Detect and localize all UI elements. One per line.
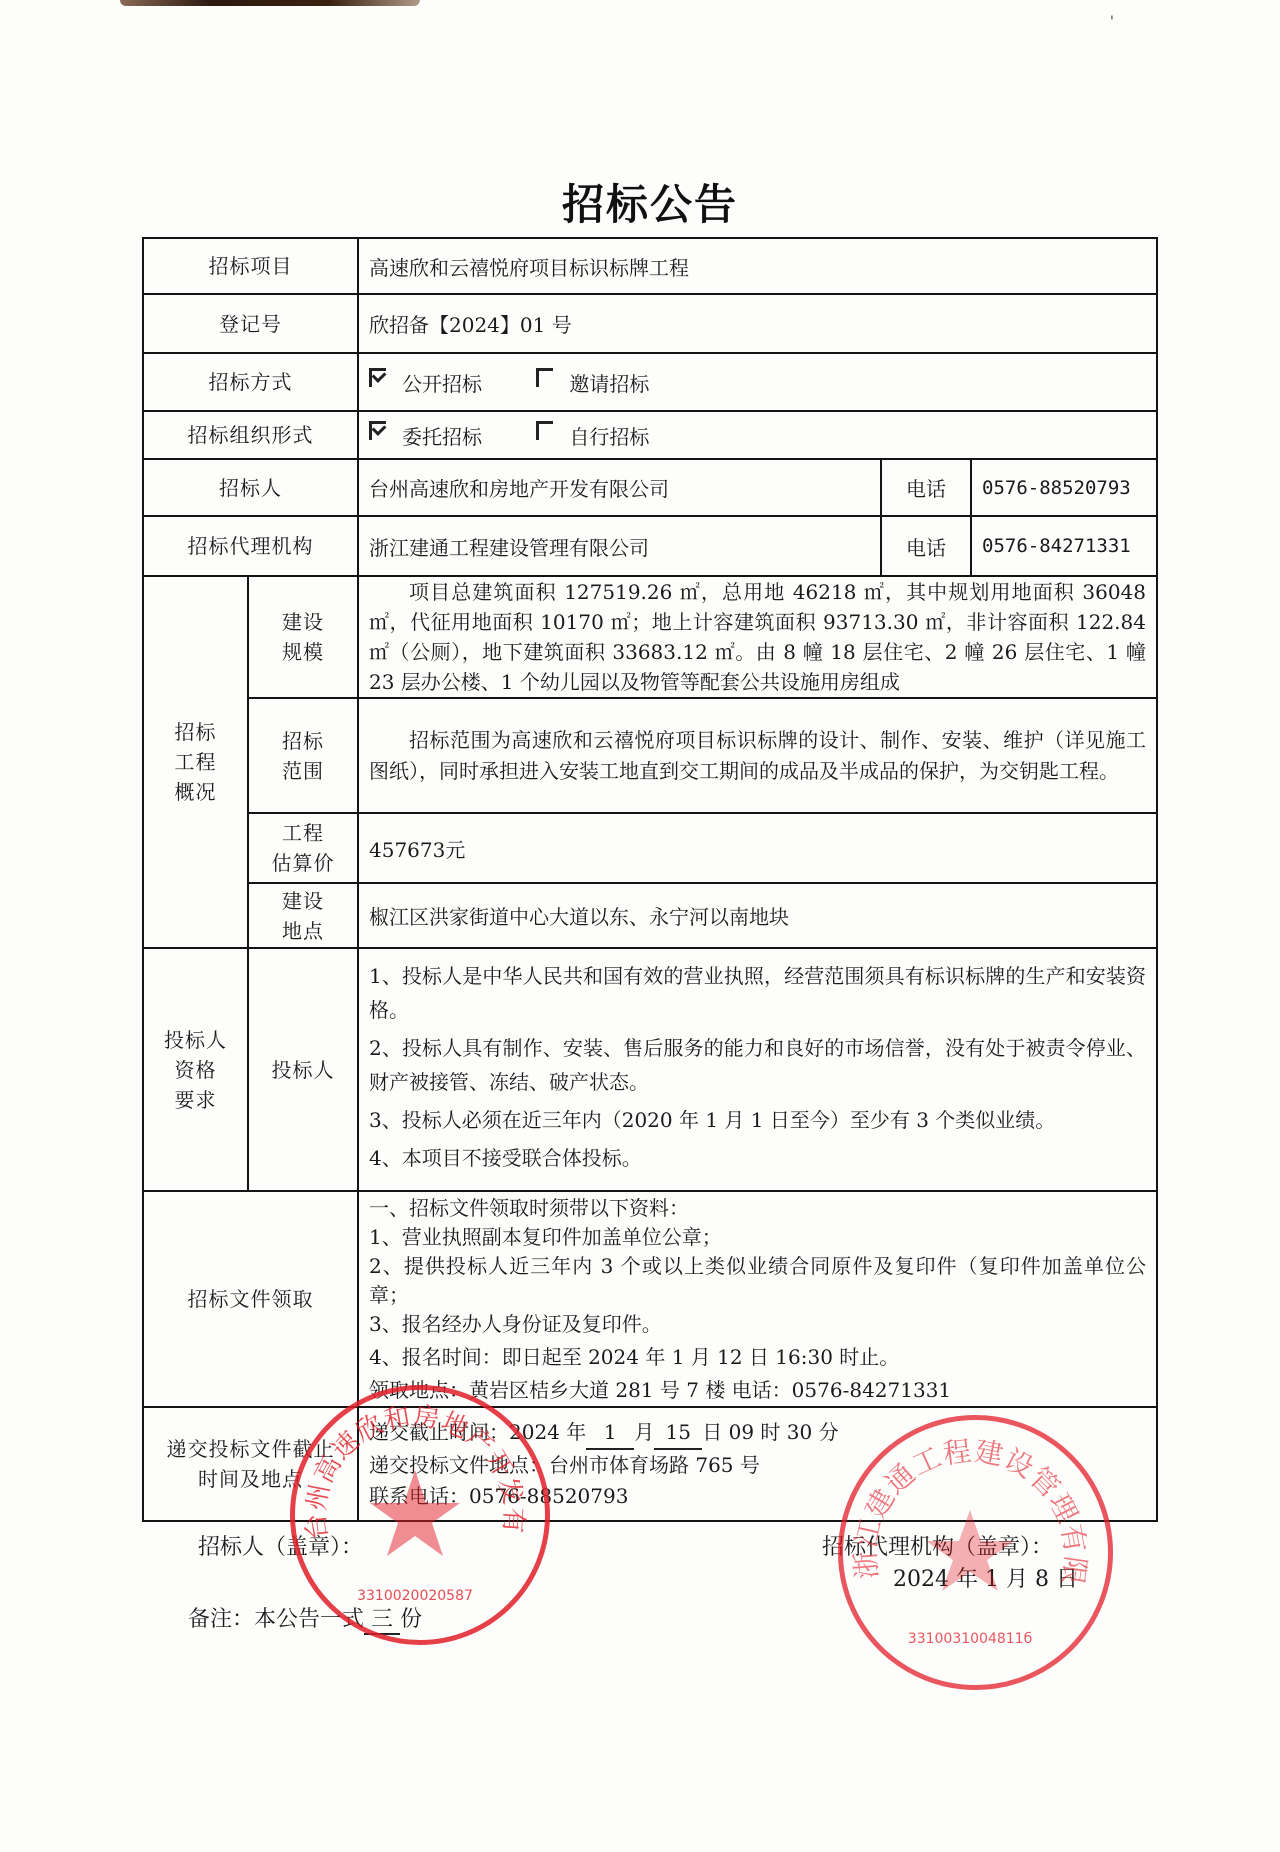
qualification-item: 2、投标人具有制作、安装、售后服务的能力和良好的市场信誉，没有处于被责令停业、财… bbox=[369, 1031, 1146, 1099]
deadline-month-unit: 月 bbox=[634, 1420, 654, 1444]
overview-label: 招标 工程 概况 bbox=[143, 576, 248, 948]
documents-list: 一、招标文件领取时须带以下资料： 1、营业执照副本复印件加盖单位公章； 2、提供… bbox=[358, 1191, 1157, 1407]
documents-label: 招标文件领取 bbox=[143, 1191, 358, 1407]
scale-label-line: 规模 bbox=[259, 637, 347, 667]
row-estimate: 工程 估算价 457673元 bbox=[143, 813, 1157, 883]
row-tenderer: 招标人 台州高速欣和房地产开发有限公司 电话 0576-88520793 bbox=[143, 459, 1157, 516]
estimate-label: 工程 估算价 bbox=[248, 813, 358, 883]
registration-label: 登记号 bbox=[143, 294, 358, 353]
svg-text:3310020020587: 3310020020587 bbox=[357, 1588, 473, 1604]
qualification-label: 投标人 资格 要求 bbox=[143, 948, 248, 1191]
documents-item: 4、报名时间：即日起至 2024 年 1 月 12 日 16:30 时止。 bbox=[369, 1343, 1146, 1372]
qualification-item: 3、投标人必须在近三年内（2020 年 1 月 1 日至今）至少有 3 个类似业… bbox=[369, 1103, 1146, 1137]
row-qualification: 投标人 资格 要求 投标人 1、投标人是中华人民共和国有效的营业执照，经营范围须… bbox=[143, 948, 1157, 1191]
deadline-day: 15 bbox=[654, 1417, 702, 1450]
checkbox-unchecked-icon[interactable] bbox=[536, 368, 553, 387]
documents-item: 1、营业执照副本复印件加盖单位公章； bbox=[369, 1223, 1146, 1252]
documents-item: 2、提供投标人近三年内 3 个或以上类似业绩合同原件及复印件（复印件加盖单位公章… bbox=[369, 1252, 1146, 1310]
tenderer-value: 台州高速欣和房地产开发有限公司 bbox=[358, 459, 881, 516]
organization-label: 招标组织形式 bbox=[143, 411, 358, 459]
location-label: 建设 地点 bbox=[248, 883, 358, 948]
documents-item: 一、招标文件领取时须带以下资料： bbox=[369, 1194, 1146, 1223]
row-project: 招标项目 高速欣和云禧悦府项目标识标牌工程 bbox=[143, 238, 1157, 294]
option-label: 邀请招标 bbox=[569, 372, 649, 396]
scope-text: 招标范围为高速欣和云禧悦府项目标识标牌的设计、制作、安装、维护（详见施工图纸），… bbox=[358, 698, 1157, 813]
agency-phone: 0576-84271331 bbox=[971, 516, 1157, 576]
method-label: 招标方式 bbox=[143, 353, 358, 411]
qualification-item: 4、本项目不接受联合体投标。 bbox=[369, 1141, 1146, 1175]
tenderer-label: 招标人 bbox=[143, 459, 358, 516]
checkbox-unchecked-icon[interactable] bbox=[536, 421, 553, 440]
qualification-item: 1、投标人是中华人民共和国有效的营业执照，经营范围须具有标识标牌的生产和安装资格… bbox=[369, 959, 1146, 1027]
estimate-value: 457673元 bbox=[358, 813, 1157, 883]
scope-label: 招标 范围 bbox=[248, 698, 358, 813]
scope-label-line: 招标 bbox=[259, 726, 347, 756]
tenderer-phone-label: 电话 bbox=[881, 459, 971, 516]
row-registration: 登记号 欣招备【2024】01 号 bbox=[143, 294, 1157, 353]
scale-text: 项目总建筑面积 127519.26 ㎡，总用地 46218 ㎡，其中规划用地面积… bbox=[358, 576, 1157, 698]
qualification-label-line: 投标人 bbox=[154, 1025, 237, 1055]
tenderer-seal-stamp: 台州高速欣和房地产开发有限公司 3310020020587 bbox=[290, 1385, 550, 1645]
option-self-organized[interactable]: 自行招标 bbox=[536, 421, 649, 450]
deadline-month: 1 bbox=[586, 1417, 634, 1450]
overview-label-line: 招标 bbox=[154, 717, 237, 747]
estimate-label-line: 工程 bbox=[259, 818, 347, 848]
option-entrusted[interactable]: 委托招标 bbox=[369, 421, 482, 450]
page-title: 招标公告 bbox=[0, 172, 1280, 232]
svg-text:3310031004811б: 3310031004811б bbox=[908, 1631, 1032, 1647]
option-label: 公开招标 bbox=[402, 372, 482, 396]
overview-label-line: 工程 bbox=[154, 747, 237, 777]
location-value: 椒江区洪家街道中心大道以东、永宁河以南地块 bbox=[358, 883, 1157, 948]
option-label: 自行招标 bbox=[569, 425, 649, 449]
row-scope: 招标 范围 招标范围为高速欣和云禧悦府项目标识标牌的设计、制作、安装、维护（详见… bbox=[143, 698, 1157, 813]
location-label-line: 建设 bbox=[259, 886, 347, 916]
estimate-label-line: 估算价 bbox=[259, 848, 347, 878]
scan-mark: ' bbox=[1110, 14, 1114, 30]
tenderer-phone: 0576-88520793 bbox=[971, 459, 1157, 516]
row-documents: 招标文件领取 一、招标文件领取时须带以下资料： 1、营业执照副本复印件加盖单位公… bbox=[143, 1191, 1157, 1407]
overview-label-line: 概况 bbox=[154, 777, 237, 807]
registration-value: 欣招备【2024】01 号 bbox=[358, 294, 1157, 353]
scale-label: 建设 规模 bbox=[248, 576, 358, 698]
option-public-tender[interactable]: 公开招标 bbox=[369, 368, 482, 397]
method-options: 公开招标 邀请招标 bbox=[358, 353, 1157, 411]
scope-label-line: 范围 bbox=[259, 756, 347, 786]
qualification-label-line: 资格 bbox=[154, 1055, 237, 1085]
row-agency: 招标代理机构 浙江建通工程建设管理有限公司 电话 0576-84271331 bbox=[143, 516, 1157, 576]
row-location: 建设 地点 椒江区洪家街道中心大道以东、永宁河以南地块 bbox=[143, 883, 1157, 948]
option-label: 委托招标 bbox=[402, 425, 482, 449]
scale-label-line: 建设 bbox=[259, 607, 347, 637]
scan-edge-artifact bbox=[120, 0, 420, 6]
organization-options: 委托招标 自行招标 bbox=[358, 411, 1157, 459]
qualification-sub-label: 投标人 bbox=[248, 948, 358, 1191]
agency-label: 招标代理机构 bbox=[143, 516, 358, 576]
agency-seal-stamp: 浙江建通工程建设管理有限公司 3310031004811б bbox=[838, 1415, 1113, 1690]
documents-item: 3、报名经办人身份证及复印件。 bbox=[369, 1310, 1146, 1339]
row-method: 招标方式 公开招标 邀请招标 bbox=[143, 353, 1157, 411]
project-value: 高速欣和云禧悦府项目标识标牌工程 bbox=[358, 238, 1157, 294]
row-scale: 招标 工程 概况 建设 规模 项目总建筑面积 127519.26 ㎡，总用地 4… bbox=[143, 576, 1157, 698]
qualification-label-line: 要求 bbox=[154, 1085, 237, 1115]
location-label-line: 地点 bbox=[259, 916, 347, 946]
tender-table: 招标项目 高速欣和云禧悦府项目标识标牌工程 登记号 欣招备【2024】01 号 … bbox=[142, 237, 1158, 1522]
star-icon: 浙江建通工程建设管理有限公司 3310031004811б bbox=[838, 1415, 1103, 1680]
qualification-list: 1、投标人是中华人民共和国有效的营业执照，经营范围须具有标识标牌的生产和安装资格… bbox=[358, 948, 1157, 1191]
row-organization: 招标组织形式 委托招标 自行招标 bbox=[143, 411, 1157, 459]
deadline-suffix: 日 09 时 30 分 bbox=[702, 1420, 838, 1444]
project-label: 招标项目 bbox=[143, 238, 358, 294]
star-icon: 台州高速欣和房地产开发有限公司 3310020020587 bbox=[290, 1385, 540, 1635]
checkbox-checked-icon[interactable] bbox=[369, 421, 386, 440]
agency-value: 浙江建通工程建设管理有限公司 bbox=[358, 516, 881, 576]
checkbox-checked-icon[interactable] bbox=[369, 368, 386, 387]
agency-phone-label: 电话 bbox=[881, 516, 971, 576]
option-invited-tender[interactable]: 邀请招标 bbox=[536, 368, 649, 397]
